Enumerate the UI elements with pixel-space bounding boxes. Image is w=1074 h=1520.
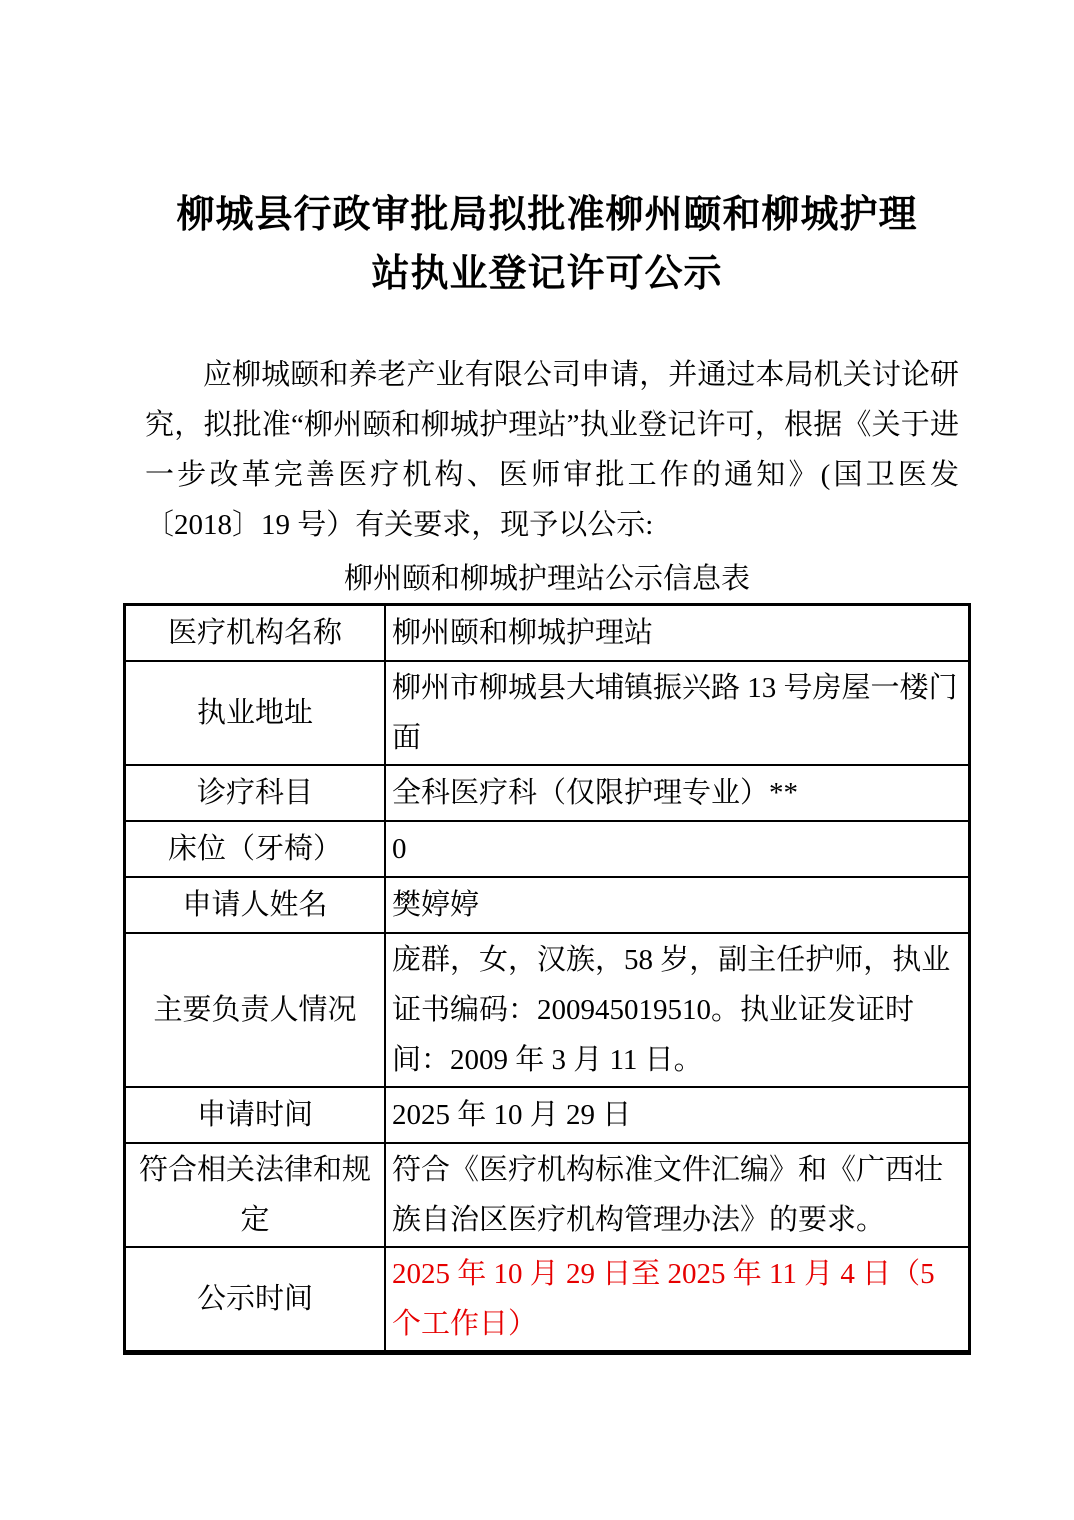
row-value: 0 bbox=[385, 821, 970, 877]
row-value: 庞群，女，汉族，58 岁，副主任护师，执业证书编码：200945019510。执… bbox=[385, 933, 970, 1087]
table-row-public-notice-period: 公示时间 2025 年 10 月 29 日至 2025 年 11 月 4 日（5… bbox=[125, 1247, 970, 1353]
row-label: 主要负责人情况 bbox=[125, 933, 386, 1087]
row-label: 执业地址 bbox=[125, 661, 386, 765]
page-title-line2: 站执业登记许可公示 bbox=[371, 253, 722, 295]
row-value: 全科医疗科（仅限护理专业）** bbox=[385, 765, 970, 821]
row-label: 诊疗科目 bbox=[125, 765, 386, 821]
row-value: 符合《医疗机构标准文件汇编》和《广西壮族自治区医疗机构管理办法》的要求。 bbox=[385, 1143, 970, 1247]
row-label: 公示时间 bbox=[125, 1247, 386, 1353]
row-value: 柳州市柳城县大埔镇振兴路 13 号房屋一楼门面 bbox=[385, 661, 970, 765]
table-row-principal-info: 主要负责人情况 庞群，女，汉族，58 岁，副主任护师，执业证书编码：200945… bbox=[125, 933, 970, 1087]
page-title: 柳城县行政审批局拟批准柳州颐和柳城护理 站执业登记许可公示 bbox=[123, 186, 971, 304]
table-row-application-date: 申请时间 2025 年 10 月 29 日 bbox=[125, 1087, 970, 1143]
document-page: 柳城县行政审批局拟批准柳州颐和柳城护理 站执业登记许可公示 应柳城颐和养老产业有… bbox=[0, 0, 1074, 1520]
table-row-beds-dental-chairs: 床位（牙椅） 0 bbox=[125, 821, 970, 877]
row-label: 申请人姓名 bbox=[125, 877, 386, 933]
table-row-diagnosis-subjects: 诊疗科目 全科医疗科（仅限护理专业）** bbox=[125, 765, 970, 821]
row-value: 柳州颐和柳城护理站 bbox=[385, 604, 970, 661]
intro-paragraph: 应柳城颐和养老产业有限公司申请，并通过本局机关讨论研究，拟批准“柳州颐和柳城护理… bbox=[145, 350, 959, 550]
table-row-practice-address: 执业地址 柳州市柳城县大埔镇振兴路 13 号房屋一楼门面 bbox=[125, 661, 970, 765]
row-label: 医疗机构名称 bbox=[125, 604, 386, 661]
table-row-legal-compliance: 符合相关法律和规定 符合《医疗机构标准文件汇编》和《广西壮族自治区医疗机构管理办… bbox=[125, 1143, 970, 1247]
info-table: 医疗机构名称 柳州颐和柳城护理站 执业地址 柳州市柳城县大埔镇振兴路 13 号房… bbox=[123, 603, 971, 1355]
table-row-applicant-name: 申请人姓名 樊婷婷 bbox=[125, 877, 970, 933]
row-value: 2025 年 10 月 29 日至 2025 年 11 月 4 日（5 个工作日… bbox=[385, 1247, 970, 1353]
table-row-institution-name: 医疗机构名称 柳州颐和柳城护理站 bbox=[125, 604, 970, 661]
row-label: 符合相关法律和规定 bbox=[125, 1143, 386, 1247]
row-label: 床位（牙椅） bbox=[125, 821, 386, 877]
page-title-line1: 柳城县行政审批局拟批准柳州颐和柳城护理 bbox=[176, 194, 917, 236]
table-caption: 柳州颐和柳城护理站公示信息表 bbox=[123, 558, 971, 600]
row-label: 申请时间 bbox=[125, 1087, 386, 1143]
row-value: 樊婷婷 bbox=[385, 877, 970, 933]
row-value: 2025 年 10 月 29 日 bbox=[385, 1087, 970, 1143]
